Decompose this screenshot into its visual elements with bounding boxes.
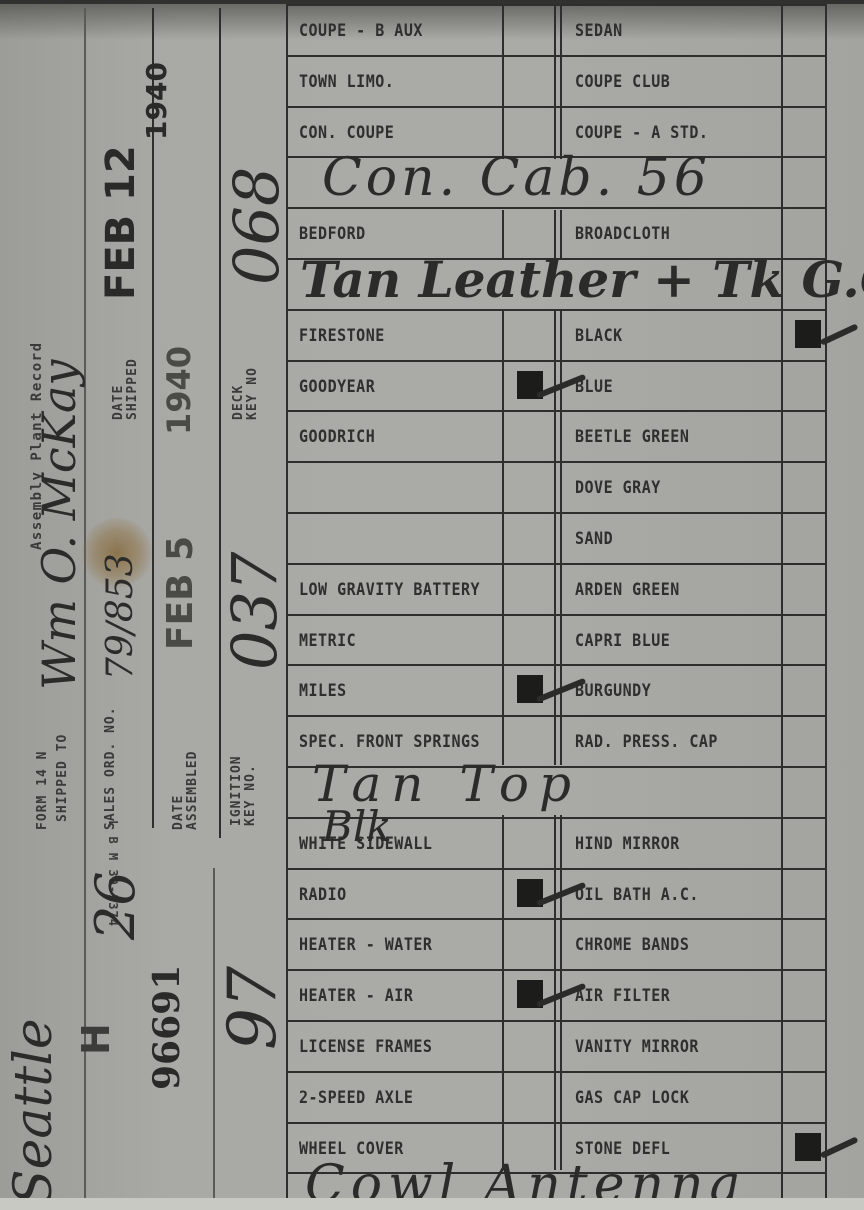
checkbox-right[interactable] [795,218,825,248]
option-label-right: SAND [575,508,775,567]
sales-ord-value: 79/853 [100,553,141,680]
table-row: HEATER - AIRAIR FILTER [287,969,828,1020]
table-row: LICENSE FRAMESVANITY MIRROR [287,1020,828,1071]
checkbox-right[interactable] [795,675,825,705]
option-label-left: LICENSE FRAMES [299,1016,499,1075]
date-shipped-value: FEB 12 [98,145,144,300]
checkbox-left[interactable] [517,472,547,502]
checkbox-right[interactable] [795,574,825,604]
checkbox-right[interactable] [795,1082,825,1112]
table-row: TOWN LIMO.COUPE CLUB [287,55,828,106]
option-label-left: 2-SPEED AXLE [299,1067,499,1126]
shipped-to-value: Wm O. McKay [32,360,86,690]
checkbox-right[interactable] [795,472,825,502]
ignition-key-label: IGNITION KEY NO. [230,726,258,826]
checkbox-left[interactable] [517,879,547,909]
option-label-right [575,762,775,821]
serial-number-stamp: 96691 [146,965,188,1090]
handwritten-number-97: 97 [214,966,291,1050]
checkbox-left[interactable] [517,1031,547,1061]
sales-ord-label: SALES ORD. NO. [104,680,118,830]
date-shipped-year: 1940 [140,62,173,140]
table-row: 2-SPEED AXLEGAS CAP LOCK [287,1071,828,1122]
option-label-left [299,508,499,567]
checkbox-left[interactable] [517,675,547,705]
table-row: RADIOOIL BATH A.C. [287,868,828,919]
ignition-key-value: 037 [218,552,291,670]
table-row: SAND [287,512,828,563]
checkbox-right[interactable] [795,625,825,655]
date-assembled-label: DATE ASSEMBLED [172,710,200,830]
checkbox-left[interactable] [517,421,547,451]
handwritten-upholstery: Tan Leather + Tk G.O. [300,250,864,309]
checkbox-right[interactable] [795,777,825,807]
option-label-left: FIRESTONE [299,305,499,364]
checkbox-right[interactable] [795,1133,825,1163]
handwritten-top-trim: Blk [322,802,392,851]
checkbox-right[interactable] [795,117,825,147]
checkbox-right[interactable] [795,421,825,451]
option-label-right: COUPE CLUB [575,51,775,110]
checkbox-right[interactable] [795,879,825,909]
table-row: GOODYEARBLUE [287,360,828,411]
checkbox-right[interactable] [795,167,825,197]
table-row: COUPE - B AUXSEDAN [287,4,828,55]
deck-key-value: 068 [220,167,293,285]
option-label-left: LOW GRAVITY BATTERY [299,559,499,618]
checkbox-left[interactable] [517,15,547,45]
checkbox-left[interactable] [517,929,547,959]
table-row: LOW GRAVITY BATTERYARDEN GREEN [287,563,828,614]
checkbox-left[interactable] [517,218,547,248]
shipped-to-label: SHIPPED TO [56,734,70,822]
checkbox-right[interactable] [795,371,825,401]
option-label-right: VANITY MIRROR [575,1016,775,1075]
option-label-right: HIND MIRROR [575,813,775,872]
left-strip-divider-3 [219,8,221,838]
checkbox-left[interactable] [517,320,547,350]
checkbox-right[interactable] [795,726,825,756]
checkbox-left[interactable] [517,66,547,96]
serial-letter-stamp: H [74,1023,118,1055]
form-number-label: FORM 14 N [36,751,50,830]
date-assembled-value: FEB 5 [160,536,201,650]
checkbox-right[interactable] [795,980,825,1010]
checkbox-right[interactable] [795,15,825,45]
checked-box-icon [795,1133,821,1161]
checkbox-left[interactable] [517,828,547,858]
checkbox-right[interactable] [795,828,825,858]
checkbox-right[interactable] [795,1031,825,1061]
destination-value: Seattle [4,1018,64,1205]
checkbox-left[interactable] [517,523,547,553]
date-shipped-label: DATE SHIPPED [112,360,140,420]
date-assembled-year: 1940 [160,346,198,435]
table-row: GOODRICHBEETLE GREEN [287,410,828,461]
checkbox-left[interactable] [517,726,547,756]
checkbox-left[interactable] [517,371,547,401]
checkbox-right[interactable] [795,929,825,959]
option-label-left: COUPE - B AUX [299,0,499,59]
table-row: METRICCAPRI BLUE [287,614,828,665]
checkbox-right[interactable] [795,523,825,553]
table-row: DOVE GRAY [287,461,828,512]
option-label-right: ARDEN GREEN [575,559,775,618]
checkbox-right[interactable] [795,66,825,96]
checkbox-left[interactable] [517,117,547,147]
checkbox-left[interactable] [517,1082,547,1112]
photo-bottom-edge [0,1198,864,1210]
handwritten-number-26: 26 [84,871,147,940]
option-label-right: BLACK [575,305,775,364]
checkbox-left[interactable] [517,625,547,655]
checkbox-right[interactable] [795,320,825,350]
option-label-right: GAS CAP LOCK [575,1067,775,1126]
checked-box-icon [795,320,821,348]
option-label-right: SEDAN [575,0,775,59]
table-row: FIRESTONEBLACK [287,309,828,360]
handwritten-body-type: Con. Cab. 56 [322,148,711,208]
checkbox-left[interactable] [517,574,547,604]
table-row: MILESBURGUNDY [287,664,828,715]
deck-key-label: DECK KEY NO [232,360,260,420]
checkbox-left[interactable] [517,980,547,1010]
option-label-left: TOWN LIMO. [299,51,499,110]
table-row: HEATER - WATERCHROME BANDS [287,918,828,969]
